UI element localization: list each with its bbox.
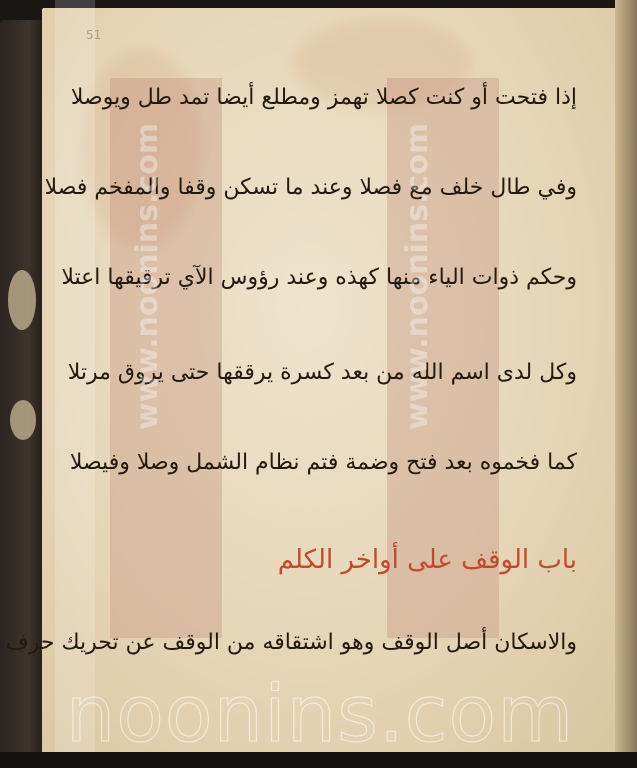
text-line: كما فخموه بعد فتح وضمة فتم نظام الشمل وص… [70,450,577,475]
watermark-band [110,78,222,638]
text-line: وفي طال خلف مع فصلا وعند ما تسكن وقفا وا… [45,175,577,200]
vertical-watermark: www.noonins.com [400,123,435,430]
spine-wear [8,270,36,330]
page-edge [615,0,637,768]
spine-wear [10,400,36,440]
background-bottom [0,752,637,768]
text-line: والاسكان أصل الوقف وهو اشتقاقه من الوقف … [0,630,577,655]
horizontal-watermark: noonins.com [20,670,620,760]
manuscript-photo: 51 إذا فتحت أو كنت كصلا تهمز ومطلع أيضا … [0,0,637,768]
text-line: إذا فتحت أو كنت كصلا تهمز ومطلع أيضا تمد… [71,85,577,110]
chapter-heading: باب الوقف على أواخر الكلم [278,545,577,575]
vertical-watermark: www.noonins.com [130,123,165,430]
page-number: 51 [86,28,101,42]
